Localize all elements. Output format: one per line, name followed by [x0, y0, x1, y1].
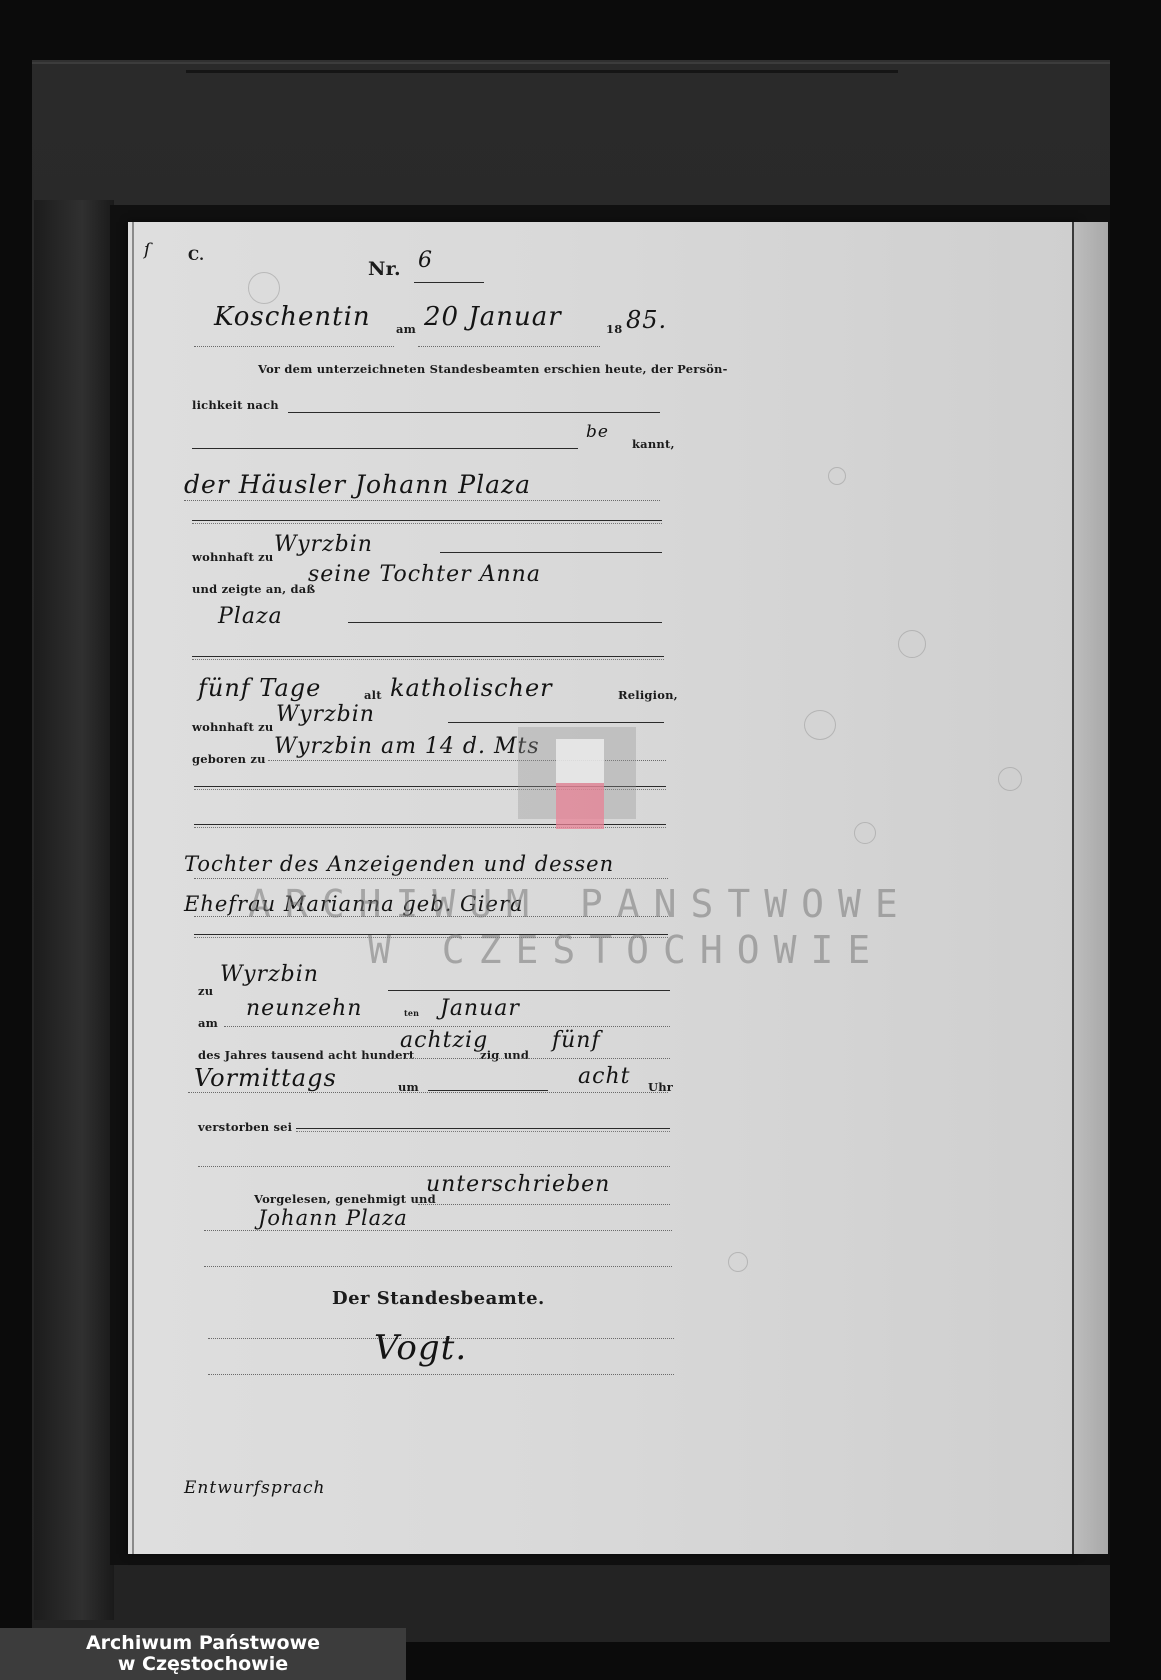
record-number-line	[414, 282, 484, 283]
register-page: ſ C. Nr. 6 Koschentin am 20 Januar 18 85…	[128, 222, 1078, 1554]
informant-name: der Häusler Johann Plaza	[184, 470, 531, 499]
margin-note: Entwurfsprach	[184, 1478, 325, 1498]
paper-stain	[804, 710, 836, 740]
residence-line	[440, 552, 662, 553]
paper-stain	[998, 767, 1022, 791]
death-month-value: Januar	[440, 996, 520, 1021]
death-day-label: am	[198, 1016, 218, 1030]
religion-label: Religion,	[618, 688, 678, 702]
informant-signature-line	[204, 1230, 672, 1231]
registry-place: Koschentin	[214, 302, 371, 332]
paper-stain	[248, 272, 280, 304]
corner-mark: ſ	[144, 240, 151, 260]
record-number-value: 6	[418, 248, 433, 273]
read-approved-label: Vorgelesen, genehmigt und	[254, 1192, 436, 1206]
year-prefix: 18	[606, 322, 622, 336]
archive-label-line1: Archiwum Państwowe	[0, 1633, 406, 1654]
intro-text-continued: lichkeit nach	[192, 398, 279, 412]
year-text-line	[390, 1058, 670, 1059]
book-cover-edge	[32, 60, 1110, 64]
identity-line-1	[288, 412, 660, 413]
watermark-logo-red	[556, 783, 604, 829]
watermark-logo-white	[556, 739, 604, 783]
year-text-tens: achtzig	[400, 1028, 488, 1053]
paper-stain	[728, 1252, 748, 1272]
deceased-residence-line	[448, 722, 664, 723]
book-binding-left	[34, 200, 114, 1620]
signature-line-2	[204, 1266, 672, 1267]
born-label: geboren zu	[192, 752, 266, 766]
parents-line-1: Tochter des Anzeigenden und dessen	[184, 852, 614, 876]
intro-text: Vor dem unterzeichneten Standesbeamten e…	[258, 362, 728, 376]
residence-label: wohnhaft zu	[192, 550, 273, 564]
died-label: verstorben sei	[198, 1120, 292, 1134]
paper-stain	[898, 630, 926, 658]
registrar-line-2	[208, 1374, 674, 1375]
identity-line-2	[192, 448, 578, 449]
page-left-margin-rule	[132, 222, 134, 1554]
informant-line-2	[192, 520, 662, 521]
series-letter: C.	[188, 248, 204, 264]
paper-stain	[854, 822, 876, 844]
paper-stain	[828, 467, 846, 485]
reported-value-2: Plaza	[218, 604, 283, 629]
deceased-residence-label: wohnhaft zu	[192, 720, 273, 734]
watermark-text-line2: W CZESTOCHOWIE	[368, 928, 884, 972]
registrar-signature: Vogt.	[374, 1328, 467, 1368]
death-place-label: zu	[198, 984, 213, 998]
age-label: alt	[364, 688, 382, 702]
registry-date: 20 Januar	[424, 302, 562, 332]
year-text-units: fünf	[552, 1028, 601, 1053]
parents-rule-1	[194, 878, 668, 879]
read-approved-value: unterschrieben	[426, 1172, 610, 1197]
time-of-day: Vormittags	[194, 1064, 337, 1092]
death-place-value: Wyrzbin	[220, 962, 319, 987]
known-printed: kannt,	[632, 437, 675, 451]
informant-signature: Johann Plaza	[258, 1206, 408, 1230]
time-hour: acht	[578, 1064, 630, 1089]
age-value: fünf Tage	[198, 674, 321, 702]
read-approved-line	[418, 1204, 670, 1205]
death-day-value: neunzehn	[246, 996, 362, 1021]
date-line	[418, 346, 600, 347]
born-value: Wyrzbin am 14 d. Mts	[274, 734, 540, 759]
known-handwritten: be	[586, 422, 609, 442]
residence-value: Wyrzbin	[274, 532, 373, 557]
religion-value: katholischer	[390, 674, 553, 702]
informant-line	[184, 500, 660, 501]
book-cover-rule	[186, 70, 898, 73]
year-text-zig: zig und	[480, 1048, 529, 1062]
reported-line	[348, 622, 662, 623]
page-stack-edge	[1074, 222, 1108, 1554]
reported-value-1: seine Tochter Anna	[308, 562, 541, 587]
archive-label-line2: w Częstochowie	[0, 1654, 406, 1675]
died-line-2	[198, 1166, 670, 1167]
deceased-residence-value: Wyrzbin	[276, 702, 375, 727]
watermark-text-line1: ARCHIWUM PANSTWOWE	[248, 882, 912, 926]
registrar-title: Der Standesbeamte.	[332, 1288, 545, 1309]
record-number-label: Nr.	[368, 258, 401, 280]
year-suffix: 85.	[626, 306, 667, 334]
died-line	[296, 1128, 670, 1129]
time-minutes-line	[428, 1090, 548, 1091]
date-prefix: am	[396, 322, 416, 336]
reported-line-2	[192, 656, 664, 657]
year-text-label: des Jahres tausend acht hundert	[198, 1048, 414, 1062]
death-day-line	[224, 1026, 670, 1027]
place-line	[194, 346, 394, 347]
death-day-suffix: ten	[404, 1008, 419, 1018]
death-place-line	[388, 990, 670, 991]
time-line	[188, 1092, 668, 1093]
archive-label: Archiwum Państwowe w Częstochowie	[0, 1628, 406, 1680]
reported-label: und zeigte an, daß	[192, 582, 315, 596]
